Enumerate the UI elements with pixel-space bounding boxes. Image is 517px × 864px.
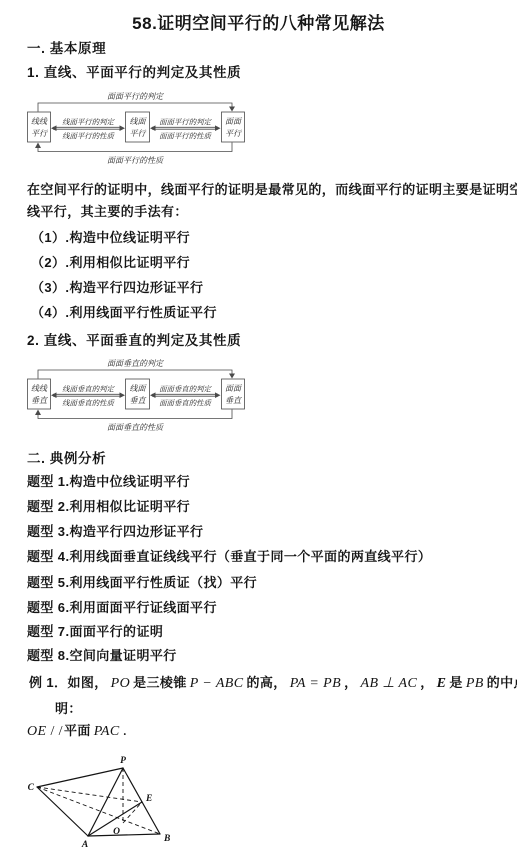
topic-item-5: 题型 5.利用线面平行性质证（找）平行 bbox=[27, 572, 257, 591]
method-item: （2）.利用相似比证明平行 bbox=[31, 252, 190, 271]
diagram2-outer-top-label: 面面垂直的判定 bbox=[107, 359, 164, 368]
example1-line1: 例 1．如图，PO是三棱锥P − ABC的高，PA = PB，AB ⊥ AC，E… bbox=[29, 672, 517, 692]
method-item: （3）.构造平行四边形证平行 bbox=[31, 277, 203, 296]
diagram-outer-top-label: 面面平行的判定 bbox=[107, 92, 164, 101]
vertex-label-C: C bbox=[28, 783, 35, 793]
method-item: （1）.构造中位线证明平行 bbox=[31, 227, 190, 246]
tetrahedron-figure: P C A B E O bbox=[25, 752, 185, 857]
box-line-line-text2: 平行 bbox=[31, 129, 48, 138]
box-line-plane-text2: 平行 bbox=[130, 129, 147, 138]
box-plane-plane-text2: 平行 bbox=[225, 129, 242, 138]
math-AB-perp-AC: AB ⊥ AC bbox=[361, 676, 418, 691]
box2-line-plane-text1: 线面 bbox=[130, 384, 148, 393]
example1-label: 例 1． bbox=[29, 675, 67, 690]
box-plane-plane-text1: 面面 bbox=[225, 117, 243, 126]
point-label-O: O bbox=[113, 827, 120, 837]
document-page: { "page": { "title": "58.证明空间平行的八种常见解法" … bbox=[0, 0, 517, 864]
box2-line-line-text1: 线线 bbox=[31, 384, 48, 393]
math-PA-eq-PB: PA = PB bbox=[290, 676, 341, 691]
period: ． bbox=[123, 724, 137, 739]
parallel-slashes: / / bbox=[50, 724, 62, 739]
topic-item-6: 题型 6.利用面面平行证线面平行 bbox=[27, 597, 217, 616]
vertex-label-P: P bbox=[120, 756, 126, 766]
example1-text: 是三棱锥 bbox=[133, 675, 187, 690]
subheading-parallel: 1. 直线、平面平行的判定及其性质 bbox=[27, 61, 241, 81]
box-line-plane-text1: 线面 bbox=[130, 117, 148, 126]
diagram2-outer-bottom-label: 面面垂直的性质 bbox=[107, 423, 164, 432]
figure-solid-edges bbox=[37, 768, 160, 836]
page-title: 58.证明空间平行的八种常见解法 bbox=[0, 9, 517, 34]
math-OE: OE bbox=[27, 724, 46, 739]
vertex-label-B: B bbox=[163, 834, 170, 844]
heading-basic-principles: 一. 基本原理 bbox=[27, 37, 106, 57]
example1-text: ， bbox=[344, 675, 357, 690]
math-PB: PB bbox=[466, 676, 484, 691]
parallel-relation-diagram: 面面平行的判定 线线 平行 线面 平行 面面 平行 线面平行的判定 线面平行的性… bbox=[27, 88, 259, 170]
example1-text: 的高， bbox=[246, 675, 286, 690]
gap2-top-label: 面面平行的判定 bbox=[159, 118, 212, 127]
topic-item-1: 题型 1.构造中位线证明平行 bbox=[27, 471, 190, 490]
gap1-top-label: 线面平行的判定 bbox=[62, 118, 115, 127]
math-E: E bbox=[437, 676, 447, 691]
gap2-bottom-label2: 面面垂直的性质 bbox=[159, 399, 212, 408]
diagram-outer-bottom-label: 面面平行的性质 bbox=[107, 156, 164, 165]
gap2-bottom-label: 面面平行的性质 bbox=[159, 132, 212, 141]
plane-text: 平面 bbox=[64, 723, 91, 738]
box-line-line-text1: 线线 bbox=[31, 117, 48, 126]
intro-paragraph-line1: 在空间平行的证明中，线面平行的证明是最常见的，而线面平行的证明主要是证明空间线 bbox=[27, 179, 517, 198]
example1-conclusion: OE/ /平面PAC． bbox=[27, 720, 137, 740]
vertex-label-E: E bbox=[145, 794, 152, 804]
topic-item-8: 题型 8.空间向量证明平行 bbox=[27, 645, 177, 664]
example1-text: ， bbox=[420, 675, 433, 690]
topic-item-3: 题型 3.构造平行四边形证平行 bbox=[27, 521, 203, 540]
vertex-label-A: A bbox=[81, 840, 88, 850]
box2-line-plane-text2: 垂直 bbox=[130, 396, 147, 405]
intro-paragraph-line2: 线平行，其主要的手法有： bbox=[27, 201, 188, 220]
math-PO: PO bbox=[111, 676, 130, 691]
perpendicular-relation-diagram: 面面垂直的判定 线线 垂直 线面 垂直 面面 垂直 线面垂直的判定 线面垂直的性… bbox=[27, 355, 259, 437]
topic-item-4: 题型 4.利用线面垂直证线线平行（垂直于同一个平面的两直线平行） bbox=[27, 546, 431, 565]
gap2-top-label2: 面面垂直的判定 bbox=[159, 385, 212, 394]
box2-line-line-text2: 垂直 bbox=[31, 396, 48, 405]
example1-text: 是 bbox=[449, 675, 462, 690]
math-PAC: PAC bbox=[94, 724, 120, 739]
example1-text: 的中点．证 bbox=[487, 675, 517, 690]
gap1-top-label2: 线面垂直的判定 bbox=[62, 385, 115, 394]
topic-item-2: 题型 2.利用相似比证明平行 bbox=[27, 496, 190, 515]
gap1-bottom-label2: 线面垂直的性质 bbox=[62, 399, 115, 408]
heading-examples: 二. 典例分析 bbox=[27, 447, 106, 467]
box2-plane-plane-text1: 面面 bbox=[225, 384, 243, 393]
subheading-perpendicular: 2. 直线、平面垂直的判定及其性质 bbox=[27, 329, 241, 349]
example1-line2: 明： bbox=[55, 698, 82, 717]
method-item: （4）.利用线面平行性质证平行 bbox=[31, 302, 217, 321]
gap1-bottom-label: 线面平行的性质 bbox=[62, 132, 115, 141]
topic-item-7: 题型 7.面面平行的证明 bbox=[27, 621, 163, 640]
box2-plane-plane-text2: 垂直 bbox=[225, 396, 242, 405]
math-P-ABC: P − ABC bbox=[190, 676, 244, 691]
example1-text: 如图， bbox=[67, 675, 107, 690]
